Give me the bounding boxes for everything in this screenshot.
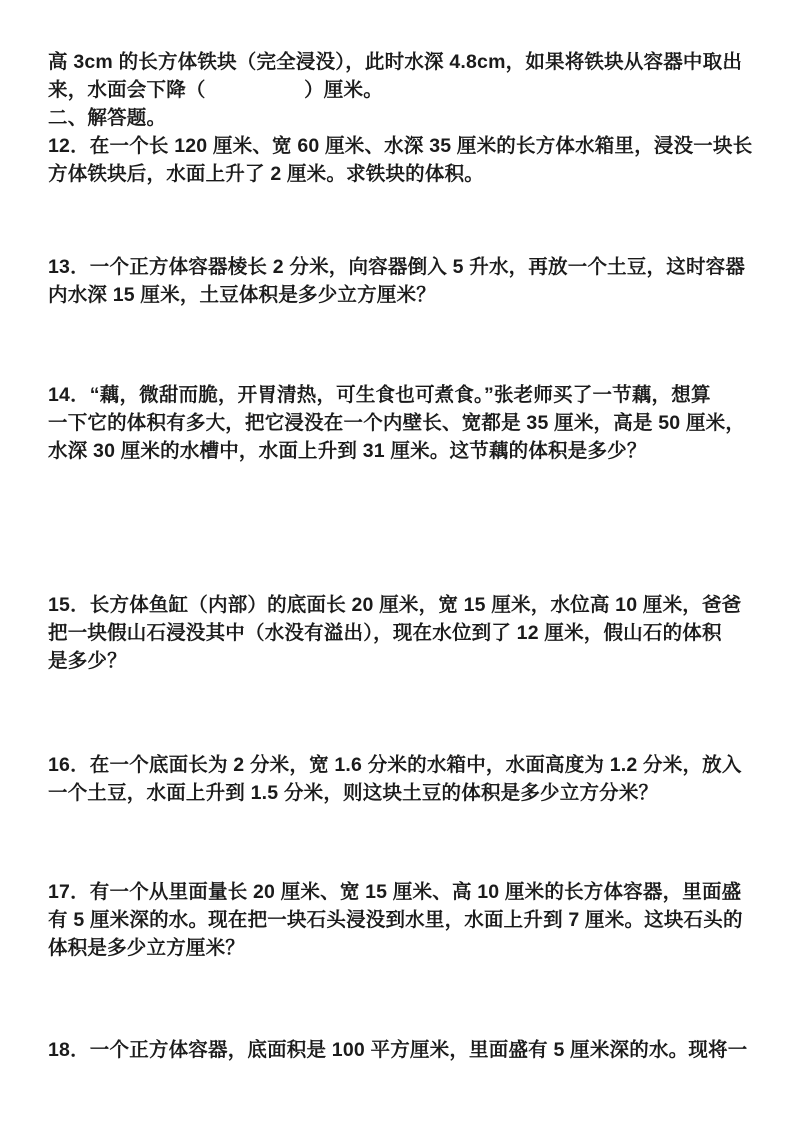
problem-15: 15．长方体鱼缸（内部）的底面长 20 厘米，宽 15 厘米，水位高 10 厘米… [48, 591, 773, 675]
text-line: 方体铁块后，水面上升了 2 厘米。求铁块的体积。 [48, 160, 773, 188]
text-line: 15．长方体鱼缸（内部）的底面长 20 厘米，宽 15 厘米，水位高 10 厘米… [48, 591, 773, 619]
text-line: 把一块假山石浸没其中（水没有溢出），现在水位到了 12 厘米，假山石的体积 [48, 619, 773, 647]
problem-11-fragment: 高 3cm 的长方体铁块（完全浸没），此时水深 4.8cm，如果将铁块从容器中取… [48, 48, 773, 104]
text-line: 一下它的体积有多大，把它浸没在一个内壁长、宽都是 35 厘米，高是 50 厘米， [48, 409, 773, 437]
text-line: 水深 30 厘米的水槽中，水面上升到 31 厘米。这节藕的体积是多少？ [48, 437, 773, 465]
text-line: 来，水面会下降（ ）厘米。 [48, 76, 773, 104]
section-header-text: 二、解答题。 [48, 104, 773, 132]
text-line: 16．在一个底面长为 2 分米，宽 1.6 分米的水箱中，水面高度为 1.2 分… [48, 751, 773, 779]
text-line: 13．一个正方体容器棱长 2 分米，向容器倒入 5 升水，再放一个土豆，这时容器 [48, 253, 773, 281]
text-line: 14．“藕，微甜而脆，开胃清热，可生食也可煮食。”张老师买了一节藕，想算 [48, 381, 773, 409]
problem-13: 13．一个正方体容器棱长 2 分米，向容器倒入 5 升水，再放一个土豆，这时容器… [48, 253, 773, 309]
worksheet-page: 高 3cm 的长方体铁块（完全浸没），此时水深 4.8cm，如果将铁块从容器中取… [0, 0, 793, 1122]
text-line: 体积是多少立方厘米？ [48, 934, 773, 962]
section-header: 二、解答题。 [48, 104, 773, 132]
text-line: 高 3cm 的长方体铁块（完全浸没），此时水深 4.8cm，如果将铁块从容器中取… [48, 48, 773, 76]
text-line: 内水深 15 厘米，土豆体积是多少立方厘米？ [48, 281, 773, 309]
text-line: 有 5 厘米深的水。现在把一块石头浸没到水里，水面上升到 7 厘米。这块石头的 [48, 906, 773, 934]
problem-16: 16．在一个底面长为 2 分米，宽 1.6 分米的水箱中，水面高度为 1.2 分… [48, 751, 773, 807]
problem-18: 18．一个正方体容器，底面积是 100 平方厘米，里面盛有 5 厘米深的水。现将… [48, 1036, 773, 1064]
text-line: 18．一个正方体容器，底面积是 100 平方厘米，里面盛有 5 厘米深的水。现将… [48, 1036, 773, 1064]
text-line: 12．在一个长 120 厘米、宽 60 厘米、水深 35 厘米的长方体水箱里，浸… [48, 132, 773, 160]
problem-14: 14．“藕，微甜而脆，开胃清热，可生食也可煮食。”张老师买了一节藕，想算 一下它… [48, 381, 773, 465]
problem-17: 17．有一个从里面量长 20 厘米、宽 15 厘米、高 10 厘米的长方体容器，… [48, 878, 773, 962]
problem-12: 12．在一个长 120 厘米、宽 60 厘米、水深 35 厘米的长方体水箱里，浸… [48, 132, 773, 188]
text-line: 是多少？ [48, 647, 773, 675]
text-line: 17．有一个从里面量长 20 厘米、宽 15 厘米、高 10 厘米的长方体容器，… [48, 878, 773, 906]
text-line: 一个土豆，水面上升到 1.5 分米，则这块土豆的体积是多少立方分米？ [48, 779, 773, 807]
